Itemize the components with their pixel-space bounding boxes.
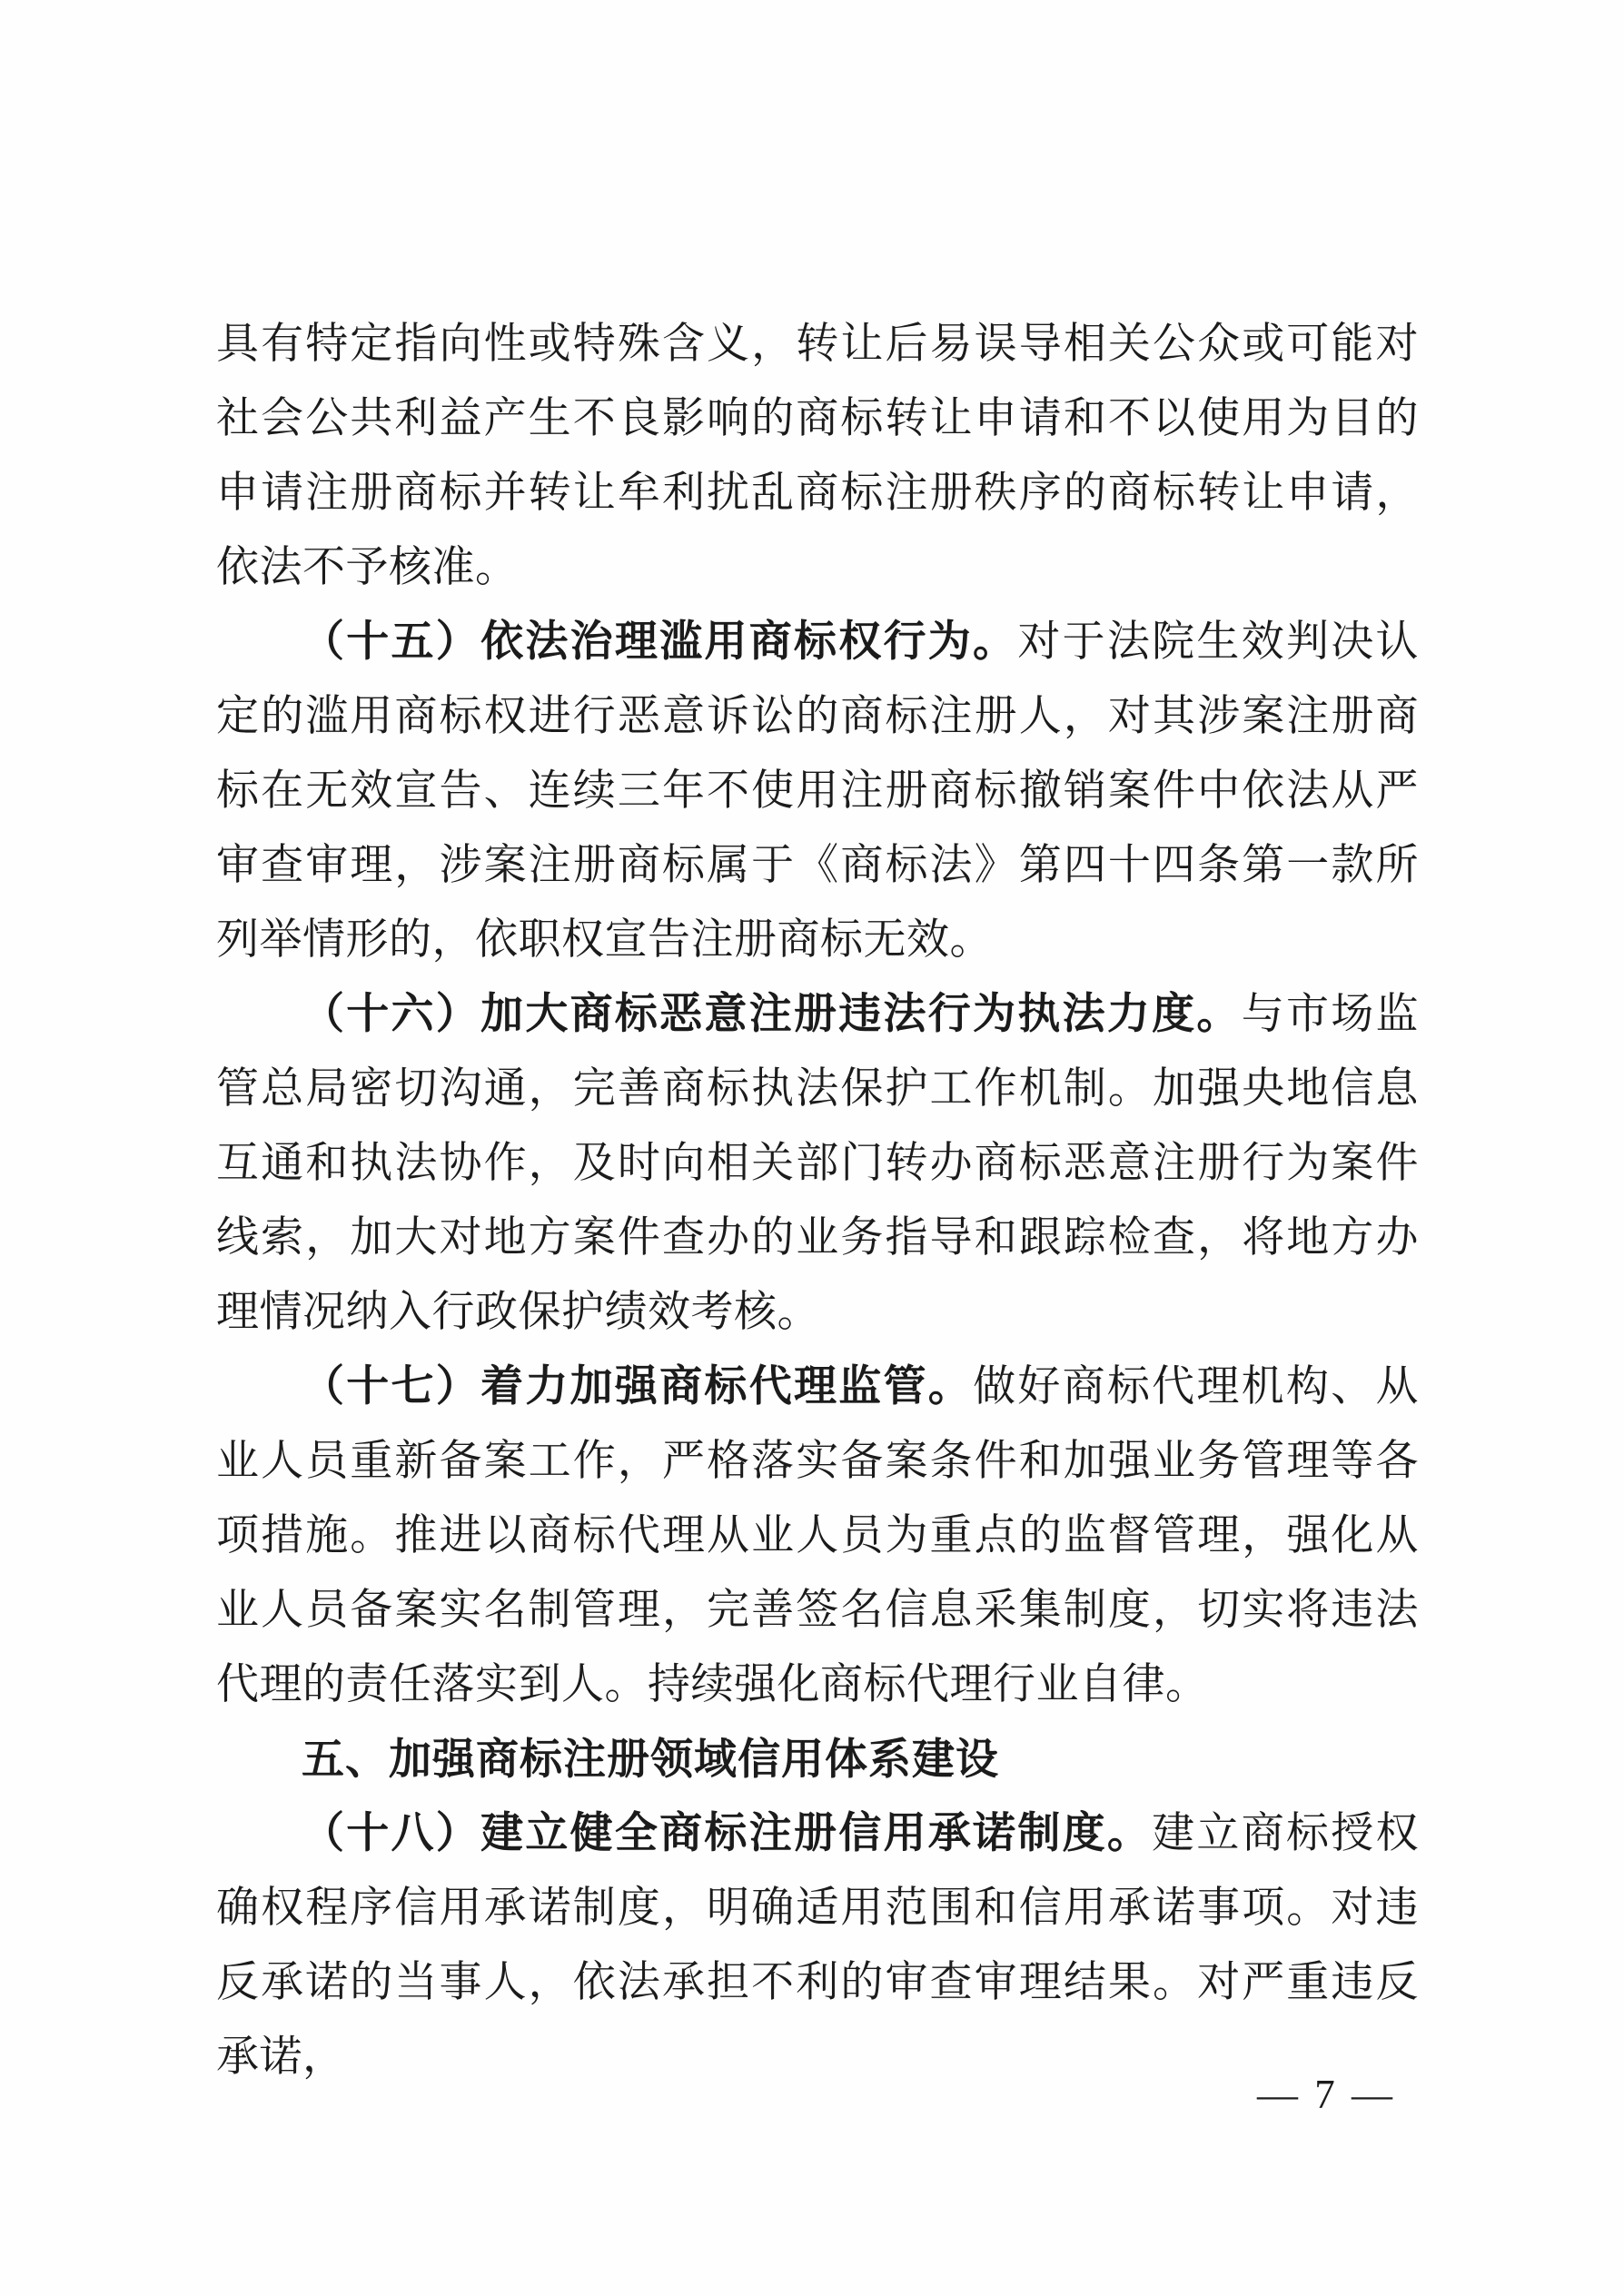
section-heading-5: 五、加强商标注册领域信用体系建设 (216, 1722, 1419, 1796)
paragraph-continuation: 具有特定指向性或特殊含义，转让后易误导相关公众或可能对社会公共利益产生不良影响的… (216, 307, 1419, 605)
paragraph-item-16: （十六）加大商标恶意注册违法行为执法力度。与市场监管总局密切沟通，完善商标执法保… (216, 977, 1419, 1350)
paragraph-item-15-lead: （十五）依法治理滥用商标权行为。 (302, 619, 1017, 666)
document-page: 具有特定指向性或特殊含义，转让后易误导相关公众或可能对社会公共利益产生不良影响的… (0, 0, 1624, 2296)
paragraph-item-17-lead: （十七）着力加强商标代理监管。 (302, 1363, 973, 1410)
paragraph-item-15-body: 对于法院生效判决认定的滥用商标权进行恶意诉讼的商标注册人，对其涉案注册商标在无效… (216, 619, 1419, 964)
page-number: — 7 — (1257, 2072, 1392, 2117)
paragraph-item-16-body: 与市场监管总局密切沟通，完善商标执法保护工作机制。加强央地信息互通和执法协作，及… (216, 991, 1419, 1336)
paragraph-item-18-lead: （十八）建立健全商标注册信用承诺制度。 (302, 1810, 1152, 1857)
paragraph-item-18: （十八）建立健全商标注册信用承诺制度。建立商标授权确权程序信用承诺制度，明确适用… (216, 1796, 1419, 2094)
paragraph-item-16-lead: （十六）加大商标恶意注册违法行为执法力度。 (302, 991, 1242, 1038)
paragraph-item-15: （十五）依法治理滥用商标权行为。对于法院生效判决认定的滥用商标权进行恶意诉讼的商… (216, 605, 1419, 977)
paragraph-item-17: （十七）着力加强商标代理监管。做好商标代理机构、从业人员重新备案工作，严格落实备… (216, 1350, 1419, 1722)
paragraph-item-17-body: 做好商标代理机构、从业人员重新备案工作，严格落实备案条件和加强业务管理等各项措施… (216, 1363, 1419, 1708)
document-body: 具有特定指向性或特殊含义，转让后易误导相关公众或可能对社会公共利益产生不良影响的… (216, 307, 1419, 2094)
